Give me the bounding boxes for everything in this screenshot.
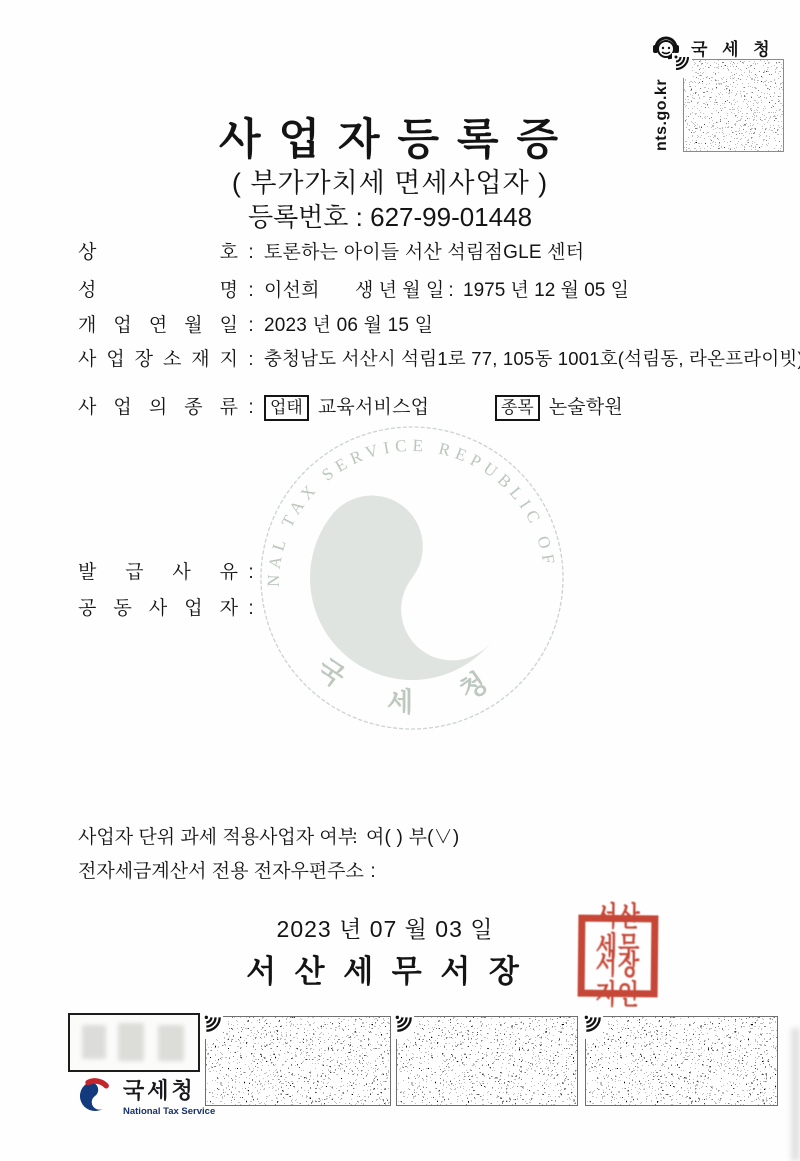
colon: :	[439, 280, 463, 302]
signal-arcs-icon	[583, 1014, 603, 1039]
colon: :	[238, 562, 264, 584]
co-owner-label: 공 동 사 업 자	[78, 593, 238, 620]
jongmok-value: 논술학원	[549, 392, 623, 419]
business-address-label: 사 업 장 소 재 지	[78, 344, 238, 371]
birth-date-value: 1975 년 12 월 05 일	[463, 275, 629, 302]
opening-date-value: 2023 년 06 월 15 일	[264, 310, 433, 337]
colon: :	[238, 315, 264, 337]
signal-arcs-icon	[672, 53, 692, 78]
barcode-watermark-2	[396, 1016, 578, 1106]
owner-name-label: 성 명	[78, 275, 238, 302]
colon: :	[238, 242, 264, 264]
uptae-tag-box: 업태	[264, 395, 309, 421]
colon: :	[238, 598, 264, 620]
field-co-owner: 공 동 사 업 자 :	[78, 593, 264, 620]
birth-date-label: 생 년 월 일	[355, 275, 439, 302]
business-address-value: 충청남도 서산시 석림1로 77, 105동 1001호(석림동, 라온프라이빗…	[264, 345, 800, 371]
unit-taxation-value: 여( ) 부(∨)	[366, 822, 459, 849]
field-unit-taxation: 사업자 단위 과세 적용사업자 여부 : 여( ) 부(∨)	[78, 822, 459, 849]
official-red-seal: 서산세무 서장지인	[578, 915, 659, 998]
colon: :	[238, 280, 264, 302]
field-owner-name: 성 명 : 이선희	[78, 275, 320, 302]
nts-logo-swirl-icon	[76, 1077, 114, 1115]
field-opening-date: 개 업 연 월 일 : 2023 년 06 월 15 일	[78, 310, 433, 337]
opening-date-label: 개 업 연 월 일	[78, 310, 238, 337]
field-etax-email: 전자세금계산서 전용 전자우편주소 :	[78, 856, 384, 883]
business-registration-certificate: 국 세 청 nts.go.kr 사 업 자 등 록 증 ( 부가가치세 면세사업…	[0, 0, 800, 1161]
field-business-kind: 사 업 의 종 류 : 업태 교육서비스업 종목 논술학원	[78, 392, 623, 421]
issue-reason-label: 발 급 사 유	[78, 557, 238, 584]
nts-header-mark: 국 세 청	[650, 32, 775, 62]
jongmok-tag-box: 종목	[495, 395, 540, 421]
seal-text-row2: 서장지인	[584, 950, 651, 1011]
owner-name-value: 이선희	[264, 275, 320, 302]
watermark-bottom-text: 국 세 청	[311, 652, 512, 717]
document-subtitle: ( 부가가치세 면세사업자 )	[0, 161, 780, 200]
nts-taegeuk-watermark: NATIONAL TAX SERVICE REPUBLIC OF KOREA 국…	[242, 408, 582, 748]
trade-name-value: 토론하는 아이들 서산 석림점GLE 센터	[264, 237, 584, 264]
colon: :	[238, 348, 264, 370]
colon: :	[362, 861, 384, 883]
signal-arcs-icon	[203, 1014, 223, 1039]
unit-taxation-label: 사업자 단위 과세 적용사업자 여부	[78, 822, 344, 849]
scan-edge-artifact	[791, 1028, 800, 1161]
document-title: 사 업 자 등 록 증	[0, 106, 780, 167]
svg-text:국 세 청: 국 세 청	[311, 652, 512, 717]
signal-arcs-icon	[394, 1014, 414, 1039]
etax-email-label: 전자세금계산서 전용 전자우편주소	[78, 856, 362, 883]
footer-agency-en-label: National Tax Service	[123, 1106, 215, 1117]
colon: :	[344, 827, 366, 849]
field-business-address: 사 업 장 소 재 지 : 충청남도 서산시 석림1로 77, 105동 100…	[78, 344, 800, 371]
trade-name-label: 상 호	[78, 237, 238, 264]
colon: :	[238, 397, 264, 419]
registration-number-value: 627-99-01448	[370, 202, 532, 232]
barcode-watermark-3	[585, 1016, 778, 1106]
faint-stamp-box	[68, 1013, 200, 1072]
business-kind-label: 사 업 의 종 류	[78, 392, 238, 419]
registration-number-line: 등록번호 : 627-99-01448	[0, 197, 780, 234]
footer-agency-label: 국세청	[123, 1074, 215, 1105]
registration-number-label: 등록번호 :	[248, 202, 363, 232]
field-trade-name: 상 호 : 토론하는 아이들 서산 석림점GLE 센터	[78, 237, 584, 264]
uptae-value: 교육서비스업	[318, 392, 495, 419]
svg-text:NATIONAL TAX SERVICE REPUBLIC: NATIONAL TAX SERVICE REPUBLIC OF KOREA	[264, 436, 560, 588]
field-birth-date: 생 년 월 일 : 1975 년 12 월 05 일	[355, 275, 629, 302]
field-issue-reason: 발 급 사 유 :	[78, 557, 264, 584]
nts-footer-logo: 국세청 National Tax Service	[76, 1074, 215, 1117]
watermark-ring-text: NATIONAL TAX SERVICE REPUBLIC OF KOREA	[264, 436, 560, 588]
barcode-watermark-1	[205, 1016, 391, 1106]
nts-agency-label: 국 세 청	[691, 35, 775, 60]
